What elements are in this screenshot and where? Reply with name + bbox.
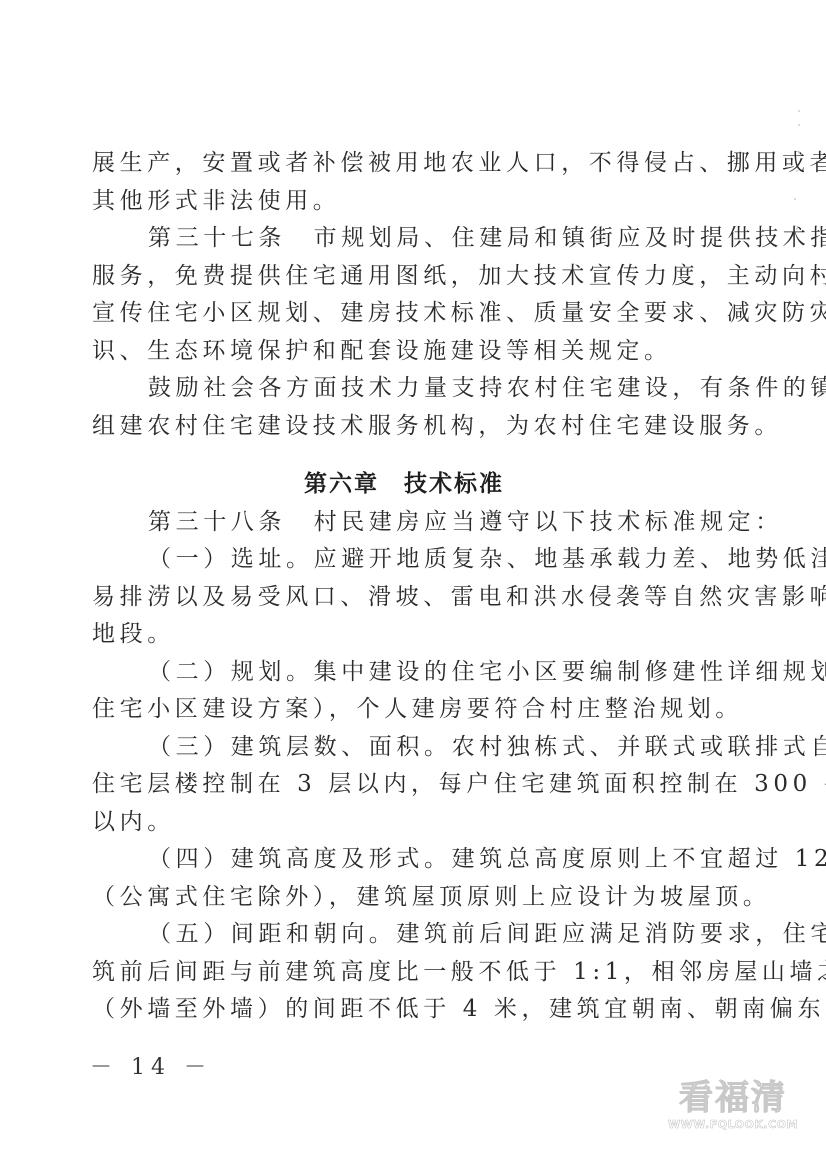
- chapter-block-technical-standards: 第三十八条 村民建房应当遵守以下技术标准规定：（一）选址。应避开地质复杂、地基承…: [92, 504, 716, 1029]
- text-line: （公寓式住宅除外），建筑屋顶原则上应设计为坡屋顶。: [92, 879, 716, 917]
- watermark-url-text: WWW.FQLOOK.COM: [668, 1118, 798, 1131]
- text-line: 服务，免费提供住宅通用图纸，加大技术宣传力度，主动向村民: [92, 258, 716, 296]
- text-line: 易排涝以及易受风口、滑坡、雷电和洪水侵袭等自然灾害影响的: [92, 579, 716, 617]
- paragraph-block-article-37: 展生产，安置或者补偿被用地农业人口，不得侵占、挪用或者以其他形式非法使用。第三十…: [92, 145, 716, 445]
- text-line: 第三十七条 市规划局、住建局和镇街应及时提供技术指导: [92, 220, 716, 258]
- text-line: 展生产，安置或者补偿被用地农业人口，不得侵占、挪用或者以: [92, 145, 716, 183]
- text-line: 地段。: [92, 616, 716, 654]
- text-line: 宣传住宅小区规划、建房技术标准、质量安全要求、减灾防灾知: [92, 295, 716, 333]
- text-line: 住宅小区建设方案），个人建房要符合村庄整治规划。: [92, 691, 716, 729]
- text-line: 鼓励社会各方面技术力量支持农村住宅建设，有条件的镇可: [92, 370, 716, 408]
- text-line: 组建农村住宅建设技术服务机构，为农村住宅建设服务。: [92, 408, 716, 446]
- text-line: （四）建筑高度及形式。建筑总高度原则上不宜超过 12 米: [92, 841, 716, 879]
- text-line: 筑前后间距与前建筑高度比一般不低于 1:1，相邻房屋山墙之间: [92, 954, 716, 992]
- text-line: 识、生态环境保护和配套设施建设等相关规定。: [92, 333, 716, 371]
- text-line: （外墙至外墙）的间距不低于 4 米，建筑宜朝南、朝南偏东或偏: [92, 991, 716, 1029]
- document-page: 展生产，安置或者补偿被用地农业人口，不得侵占、挪用或者以其他形式非法使用。第三十…: [0, 0, 826, 1168]
- text-line: （一）选址。应避开地质复杂、地基承载力差、地势低洼不: [92, 541, 716, 579]
- chapter-heading: 第六章 技术标准: [92, 466, 716, 504]
- text-line: （五）间距和朝向。建筑前后间距应满足消防要求，住宅建: [92, 916, 716, 954]
- page-number: － 14 －: [90, 1050, 212, 1081]
- document-body: 展生产，安置或者补偿被用地农业人口，不得侵占、挪用或者以其他形式非法使用。第三十…: [92, 145, 716, 1029]
- text-line: （二）规划。集中建设的住宅小区要编制修建性详细规划（或: [92, 654, 716, 692]
- text-line: （三）建筑层数、面积。农村独栋式、并联式或联排式自建: [92, 729, 716, 767]
- scan-artifacts: [790, 110, 810, 270]
- watermark-logo: 看福清 WWW.FQLOOK.COM: [668, 1078, 798, 1131]
- text-line: 第三十八条 村民建房应当遵守以下技术标准规定：: [92, 504, 716, 542]
- text-line: 以内。: [92, 804, 716, 842]
- text-line: 住宅层楼控制在 3 层以内，每户住宅建筑面积控制在 300 平方米: [92, 766, 716, 804]
- watermark-chinese-text: 看福清: [668, 1078, 798, 1118]
- text-line: 其他形式非法使用。: [92, 183, 716, 221]
